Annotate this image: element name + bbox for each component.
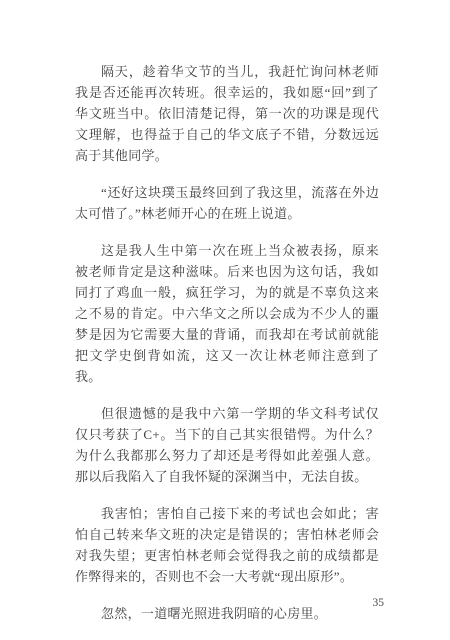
paragraph: 这是我人生中第一次在班上当众被表扬，原来被老师肯定是这种滋味。后来也因为这句话，… <box>75 240 379 387</box>
paragraph: 我害怕；害怕自己接下来的考试也会如此；害怕自己转来华文班的决定是错误的；害怕林老… <box>75 503 379 587</box>
page-number: 35 <box>373 598 385 610</box>
paragraph: 忽然，一道曙光照进我阴暗的心房里。 <box>75 603 379 624</box>
book-page: 隔天，趁着华文节的当儿，我赶忙询问林老师我是否还能再次转班。很幸运的，我如愿“回… <box>0 0 450 640</box>
paragraph: 隔天，趁着华文节的当儿，我赶忙询问林老师我是否还能再次转班。很幸运的，我如愿“回… <box>75 61 379 166</box>
paragraph: “还好这块璞玉最终回到了我这里，流落在外边太可惜了。”林老师开心的在班上说道。 <box>75 182 379 224</box>
paragraph: 但很遗憾的是我中六第一学期的华文科考试仅仅只考获了C+。当下的自己其实很错愕。为… <box>75 403 379 487</box>
text-block: 隔天，趁着华文节的当儿，我赶忙询问林老师我是否还能再次转班。很幸运的，我如愿“回… <box>75 61 379 640</box>
